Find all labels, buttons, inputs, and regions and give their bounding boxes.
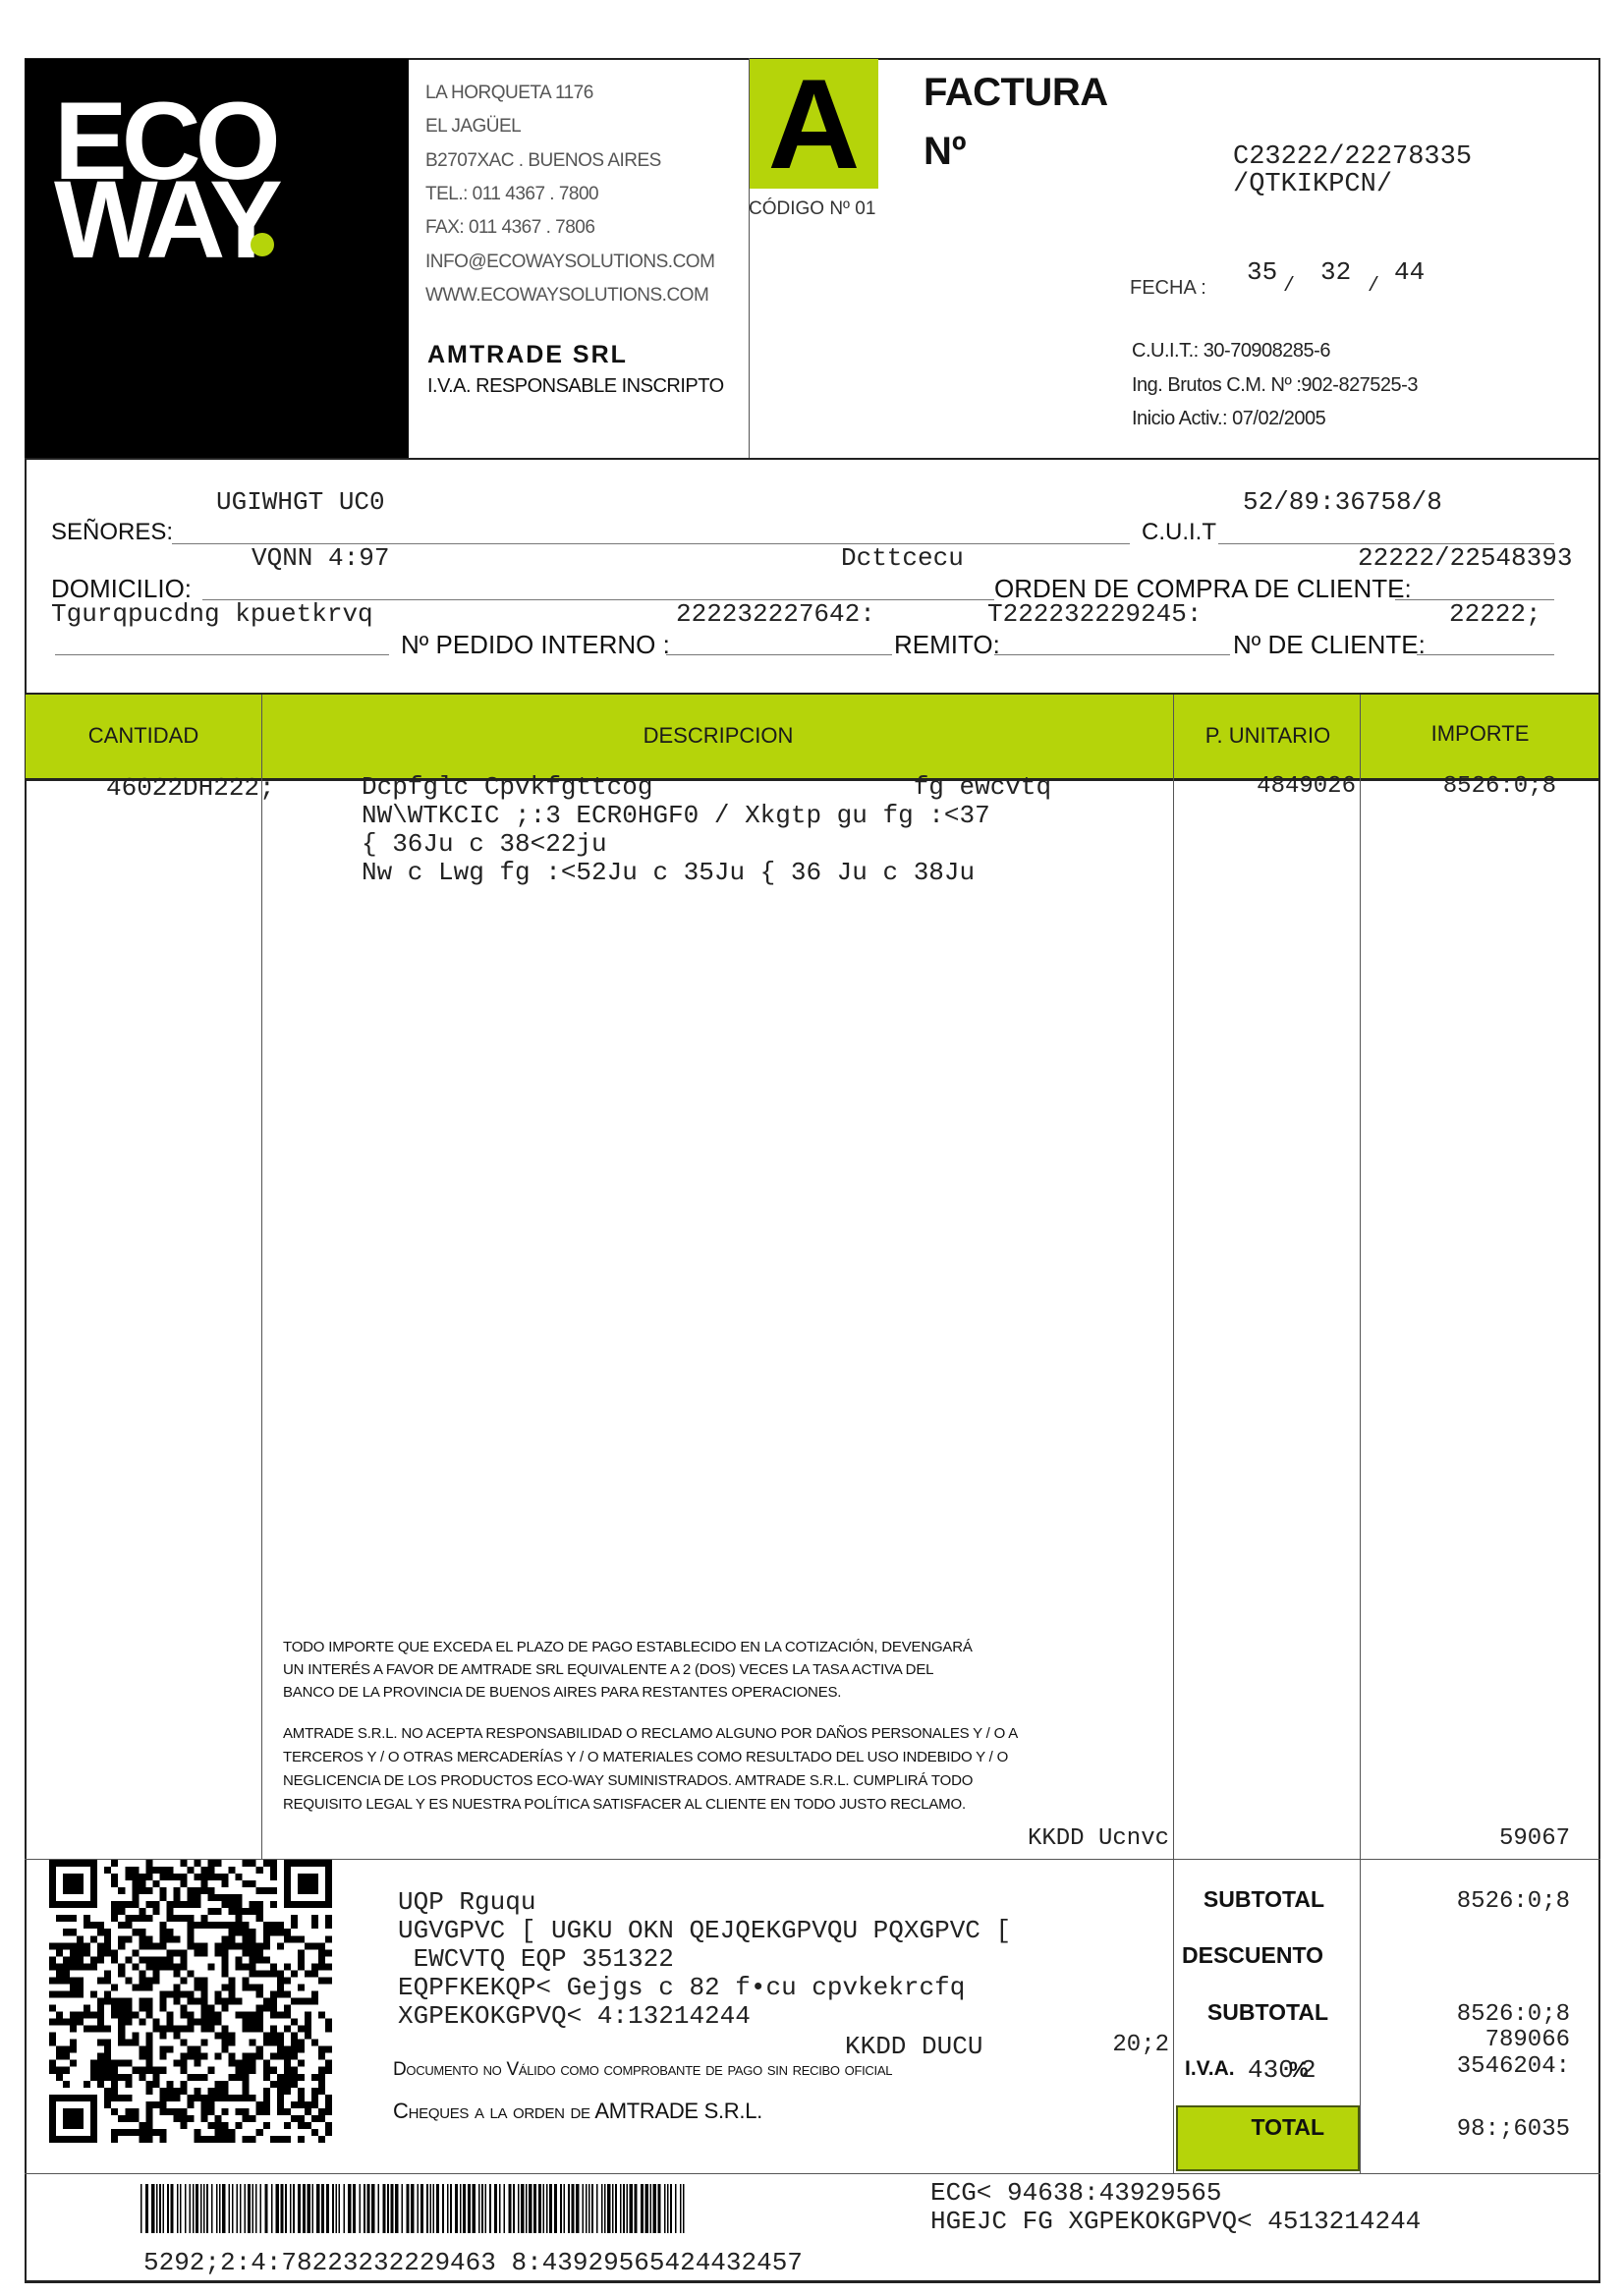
remito-label: REMITO:: [894, 630, 1000, 660]
email-line: INFO@ECOWAYSOLUTIONS.COM: [425, 252, 714, 273]
invoice-number: C23222/22278335 /QTKIKPCN/: [1233, 143, 1472, 198]
cliente-number-label: Nº DE CLIENTE:: [1233, 630, 1426, 660]
cae-info: ECG< 94638:43929565 HGEJC FG XGPEKOKGPVQ…: [930, 2179, 1421, 2236]
item-description: Dcpfglc Cpvkfgttcog fg ewcvtq NW\WTKCIC …: [362, 773, 1051, 887]
date-sep: /: [1368, 275, 1379, 298]
pedido-interno-label: Nº PEDIDO INTERNO :: [401, 630, 670, 660]
senores-label: SEÑORES:: [51, 519, 173, 546]
footer-divider: [25, 2173, 1600, 2174]
total-label: TOTAL: [1175, 2114, 1324, 2141]
cliente-underline: [1417, 654, 1554, 655]
barcode: [140, 2184, 691, 2233]
client-cuit: 52/89:36758/8: [1243, 487, 1442, 517]
iibb-bsas-value: 20;2: [1061, 2032, 1169, 2058]
invoice-number-line-1: C23222/22278335: [1233, 142, 1472, 172]
company-cuit: C.U.I.T.: 30-70908285-6: [1132, 340, 1330, 363]
logo-dot-icon: [251, 233, 274, 256]
item-quantity: 46022DH222;: [106, 773, 275, 803]
notes-line: EQPFKEKQP< Gejgs c 82 f•cu cpvkekrcfq: [398, 1973, 965, 2002]
pedido-interno-value: 222232227642:: [676, 599, 875, 629]
ingresos-brutos: Ing. Brutos C.M. Nº :902-827525-3: [1132, 374, 1418, 397]
invoice-number-label: Nº: [924, 130, 967, 174]
date-year: 44: [1394, 257, 1425, 287]
frame-bottom: [25, 2280, 1600, 2283]
condition-underline: [55, 654, 389, 655]
inicio-actividades: Inicio Activ.: 07/02/2005: [1132, 408, 1325, 430]
description-line: Dcpfglc Cpvkfgttcog fg ewcvtq: [362, 772, 1051, 802]
pedido-underline: [666, 654, 892, 655]
tax-status: I.V.A. RESPONSABLE INSCRIPTO: [427, 375, 724, 398]
cae-due-date: HGEJC FG XGPEKOKGPVQ< 4513214244: [930, 2207, 1421, 2236]
website-line: WWW.ECOWAYSOLUTIONS.COM: [425, 285, 708, 307]
address-line: LA HORQUETA 1176: [425, 83, 593, 104]
notes-line: EWCVTQ EQP 351322: [398, 1944, 674, 1974]
subtotal-label: SUBTOTAL: [1175, 1886, 1324, 1913]
descuento-label: DESCUENTO: [1175, 1942, 1330, 1969]
notes-line: UQP Rguqu: [398, 1887, 535, 1917]
fax-line: FAX: 011 4367 . 7806: [425, 217, 594, 239]
notes-line: XGPEKOKGPVQ< 4:13214244: [398, 2001, 751, 2031]
date-month: 32: [1320, 257, 1351, 287]
phone-line: TEL.: 011 4367 . 7800: [425, 184, 598, 205]
header-bottom-line: [25, 458, 1600, 460]
iibb-label: KKDD Ucnvc: [884, 1825, 1169, 1852]
iibb-bsas-label: KKDD DUCU: [845, 2032, 982, 2061]
iva-label: I.V.A.: [1185, 2057, 1235, 2081]
client-locality: Dcttcecu: [841, 543, 964, 573]
qr-code: [49, 1860, 332, 2143]
col-header-unitario: P. UNITARIO: [1175, 723, 1361, 749]
date-sep: /: [1283, 275, 1295, 298]
remito-underline: [994, 654, 1230, 655]
description-line: { 36Ju c 38<22ju: [362, 829, 607, 859]
legal-line: AMTRADE S.R.L. NO ACEPTA RESPONSABILIDAD…: [283, 1725, 1018, 1742]
col-header-descripcion: DESCRIPCION: [262, 723, 1174, 749]
legal-line: NEGLICENCIA DE LOS PRODUCTOS ECO-WAY SUM…: [283, 1772, 973, 1789]
document-notice: Documento no Válido como comprobante de …: [393, 2059, 892, 2081]
legal-line: TODO IMPORTE QUE EXCEDA EL PLAZO DE PAGO…: [283, 1639, 973, 1655]
address-line: EL JAGÜEL: [425, 116, 521, 138]
remito-value: T222232229245:: [987, 599, 1202, 629]
logo-line-2: WAY: [54, 165, 277, 275]
address-line: B2707XAC . BUENOS AIRES: [425, 150, 661, 172]
description-line: NW\WTKCIC ;:3 ECR0HGF0 / Xkgtp gu fg :<3…: [362, 801, 990, 830]
iva-rate-suffix: 2: [1301, 2055, 1316, 2085]
iva-rate: 430: [1248, 2055, 1294, 2085]
cuit-label: C.U.I.T: [1142, 519, 1216, 546]
invoice-title: FACTURA: [924, 71, 1108, 115]
perception-value: 789066: [1362, 2027, 1570, 2053]
purchase-order-value: 22222/22548393: [1358, 543, 1572, 573]
footer-notes: UQP Rguqu UGVGPVC [ UGKU OKN QEJQEKGPVQU…: [398, 1888, 1011, 2031]
legal-line: REQUISITO LEGAL Y ES NUESTRA POLÍTICA SA…: [283, 1796, 966, 1813]
barcode-number: 5292;2:4:78223232229463 8:43929565424432…: [143, 2248, 803, 2277]
cae-number: ECG< 94638:43929565: [930, 2178, 1221, 2208]
notes-line: UGVGPVC [ UGKU OKN QEJQEKGPVQU PQXGPVC [: [398, 1916, 1011, 1945]
col-divider: [1360, 695, 1361, 2173]
item-amount: 8526:0;8: [1362, 773, 1556, 800]
legal-line: UN INTERÉS A FAVOR DE AMTRADE SRL EQUIVA…: [283, 1661, 933, 1678]
item-unit-price: 4849026: [1175, 773, 1356, 800]
client-name: UGIWHGT UC0: [216, 487, 385, 517]
col-divider: [261, 695, 262, 1859]
sale-condition: Tgurqpucdng kpuetkrvq: [51, 599, 373, 629]
subtotal-value: 8526:0;8: [1362, 1888, 1570, 1915]
description-line: Nw c Lwg fg :<52Ju c 35Ju { 36 Ju c 38Ju: [362, 858, 975, 887]
invoice-code: CÓDIGO Nº 01: [749, 198, 875, 220]
company-logo: ECO WAY: [25, 59, 409, 460]
date-label: FECHA :: [1130, 277, 1206, 300]
client-address: VQNN 4:97: [252, 543, 389, 573]
invoice-number-line-2: /QTKIKPCN/: [1233, 170, 1392, 199]
frame-right: [1598, 58, 1600, 2281]
col-header-importe: IMPORTE: [1362, 721, 1598, 747]
legal-line: BANCO DE LA PROVINCIA DE BUENOS AIRES PA…: [283, 1684, 841, 1701]
company-name: AMTRADE SRL: [427, 341, 628, 369]
subtotal2-value: 8526:0;8: [1362, 2001, 1570, 2028]
col-header-cantidad: CANTIDAD: [26, 723, 261, 749]
date-day: 35: [1247, 257, 1277, 287]
total-value: 98:;6035: [1362, 2116, 1570, 2143]
invoice-type-letter: A: [750, 59, 878, 189]
iibb-value: 59067: [1362, 1825, 1570, 1852]
cliente-number-value: 22222;: [1449, 599, 1541, 629]
legal-line: TERCEROS Y / O OTRAS MERCADERÍAS Y / O M…: [283, 1749, 1008, 1765]
subtotal2-label: SUBTOTAL: [1175, 1999, 1328, 2026]
cheques-notice: Cheques a la orden de AMTRADE S.R.L.: [393, 2099, 762, 2124]
iva-value: 3546204:: [1362, 2053, 1570, 2080]
col-divider: [1173, 695, 1174, 2173]
